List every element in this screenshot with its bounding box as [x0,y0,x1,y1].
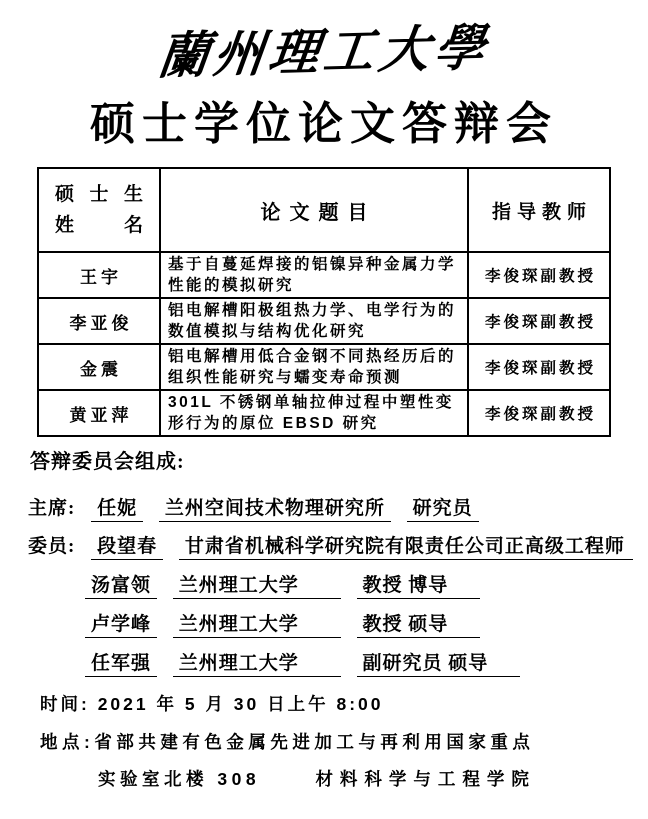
header-thesis-title: 论文题目 [160,168,468,252]
committee-section: 答辩委员会组成: 主席: 任妮 兰州空间技术物理研究所 研究员 委员: 段望春 … [0,451,648,677]
committee-member-line: 委员: 段望春 甘肃省机械科学研究院有限责任公司正高级工程师 [28,536,648,560]
table-row: 黄亚萍 301L 不锈钢单轴拉伸过程中塑性变形行为的原位 EBSD 研究 李俊琛… [38,390,610,436]
committee-heading: 答辩委员会组成: [30,451,648,474]
member-org: 甘肃省机械科学研究院有限责任公司正高级工程师 [179,536,633,560]
chair-label: 主席: [28,498,75,519]
table-row: 金震 铝电解槽用低合金钢不同热经历后的组织性能研究与蠕变寿命预测 李俊琛副教授 [38,344,610,390]
location-line2: 实验室北楼 308 材料科学与工程学院 [98,768,648,791]
member-org: 兰州理工大学 [173,653,341,677]
chair-title: 研究员 [407,498,479,522]
member-org: 兰州理工大学 [173,614,341,638]
committee-member-line: 汤富领 兰州理工大学 教授 博导 [85,575,648,599]
department-name: 材料科学与工程学院 [315,769,536,789]
student-name: 金震 [38,344,160,390]
committee-member-line: 卢学峰 兰州理工大学 教授 硕导 [85,614,648,638]
location-line1: 地点:省部共建有色金属先进加工与再利用国家重点 [40,731,648,754]
thesis-title: 301L 不锈钢单轴拉伸过程中塑性变形行为的原位 EBSD 研究 [160,390,468,436]
table-header-row: 硕 士 生 姓 名 论文题目 指导教师 [38,168,610,252]
page-title: 硕士学位论文答辩会 [0,96,648,152]
member-title: 副研究员 硕导 [357,653,521,677]
advisor-name: 李俊琛副教授 [468,390,610,436]
member-org: 兰州理工大学 [173,575,341,599]
table-row: 王宇 基于自蔓延焊接的铝镍异种金属力学性能的模拟研究 李俊琛副教授 [38,252,610,298]
thesis-title: 铝电解槽阳极组热力学、电学行为的数值模拟与结构优化研究 [160,298,468,344]
university-calligraphy-logo: 蘭州理工大學 [0,10,648,94]
student-name: 黄亚萍 [38,390,160,436]
chair-name: 任妮 [91,498,143,522]
member-name: 段望春 [91,536,163,560]
member-label: 委员: [28,536,75,557]
committee-chair-line: 主席: 任妮 兰州空间技术物理研究所 研究员 [28,498,648,522]
table-row: 李亚俊 铝电解槽阳极组热力学、电学行为的数值模拟与结构优化研究 李俊琛副教授 [38,298,610,344]
member-name: 卢学峰 [85,614,157,638]
header-student-line1: 硕 士 生 [55,179,143,210]
university-name-text: 蘭州理工大學 [154,6,495,99]
member-name: 汤富领 [85,575,157,599]
header-student-line2: 姓 名 [55,210,143,241]
member-title: 教授 硕导 [357,614,481,638]
location-room: 实验室北楼 308 [98,769,260,789]
time-line: 时间: 2021 年 5 月 30 日上午 8:00 [40,693,648,716]
committee-member-line: 任军强 兰州理工大学 副研究员 硕导 [85,653,648,677]
student-name: 李亚俊 [38,298,160,344]
chair-org: 兰州空间技术物理研究所 [159,498,391,522]
defense-table: 硕 士 生 姓 名 论文题目 指导教师 王宇 基于自蔓延焊接的铝镍异种金属力学性… [37,167,611,437]
member-title: 教授 博导 [357,575,481,599]
student-name: 王宇 [38,252,160,298]
thesis-title: 铝电解槽用低合金钢不同热经历后的组织性能研究与蠕变寿命预测 [160,344,468,390]
header-student-name: 硕 士 生 姓 名 [38,168,160,252]
advisor-name: 李俊琛副教授 [468,344,610,390]
advisor-name: 李俊琛副教授 [468,298,610,344]
header-advisor: 指导教师 [468,168,610,252]
thesis-title: 基于自蔓延焊接的铝镍异种金属力学性能的模拟研究 [160,252,468,298]
member-name: 任军强 [85,653,157,677]
document-page: 蘭州理工大學 硕士学位论文答辩会 硕 士 生 姓 名 论文题目 指导教师 王宇 … [0,0,648,819]
advisor-name: 李俊琛副教授 [468,252,610,298]
